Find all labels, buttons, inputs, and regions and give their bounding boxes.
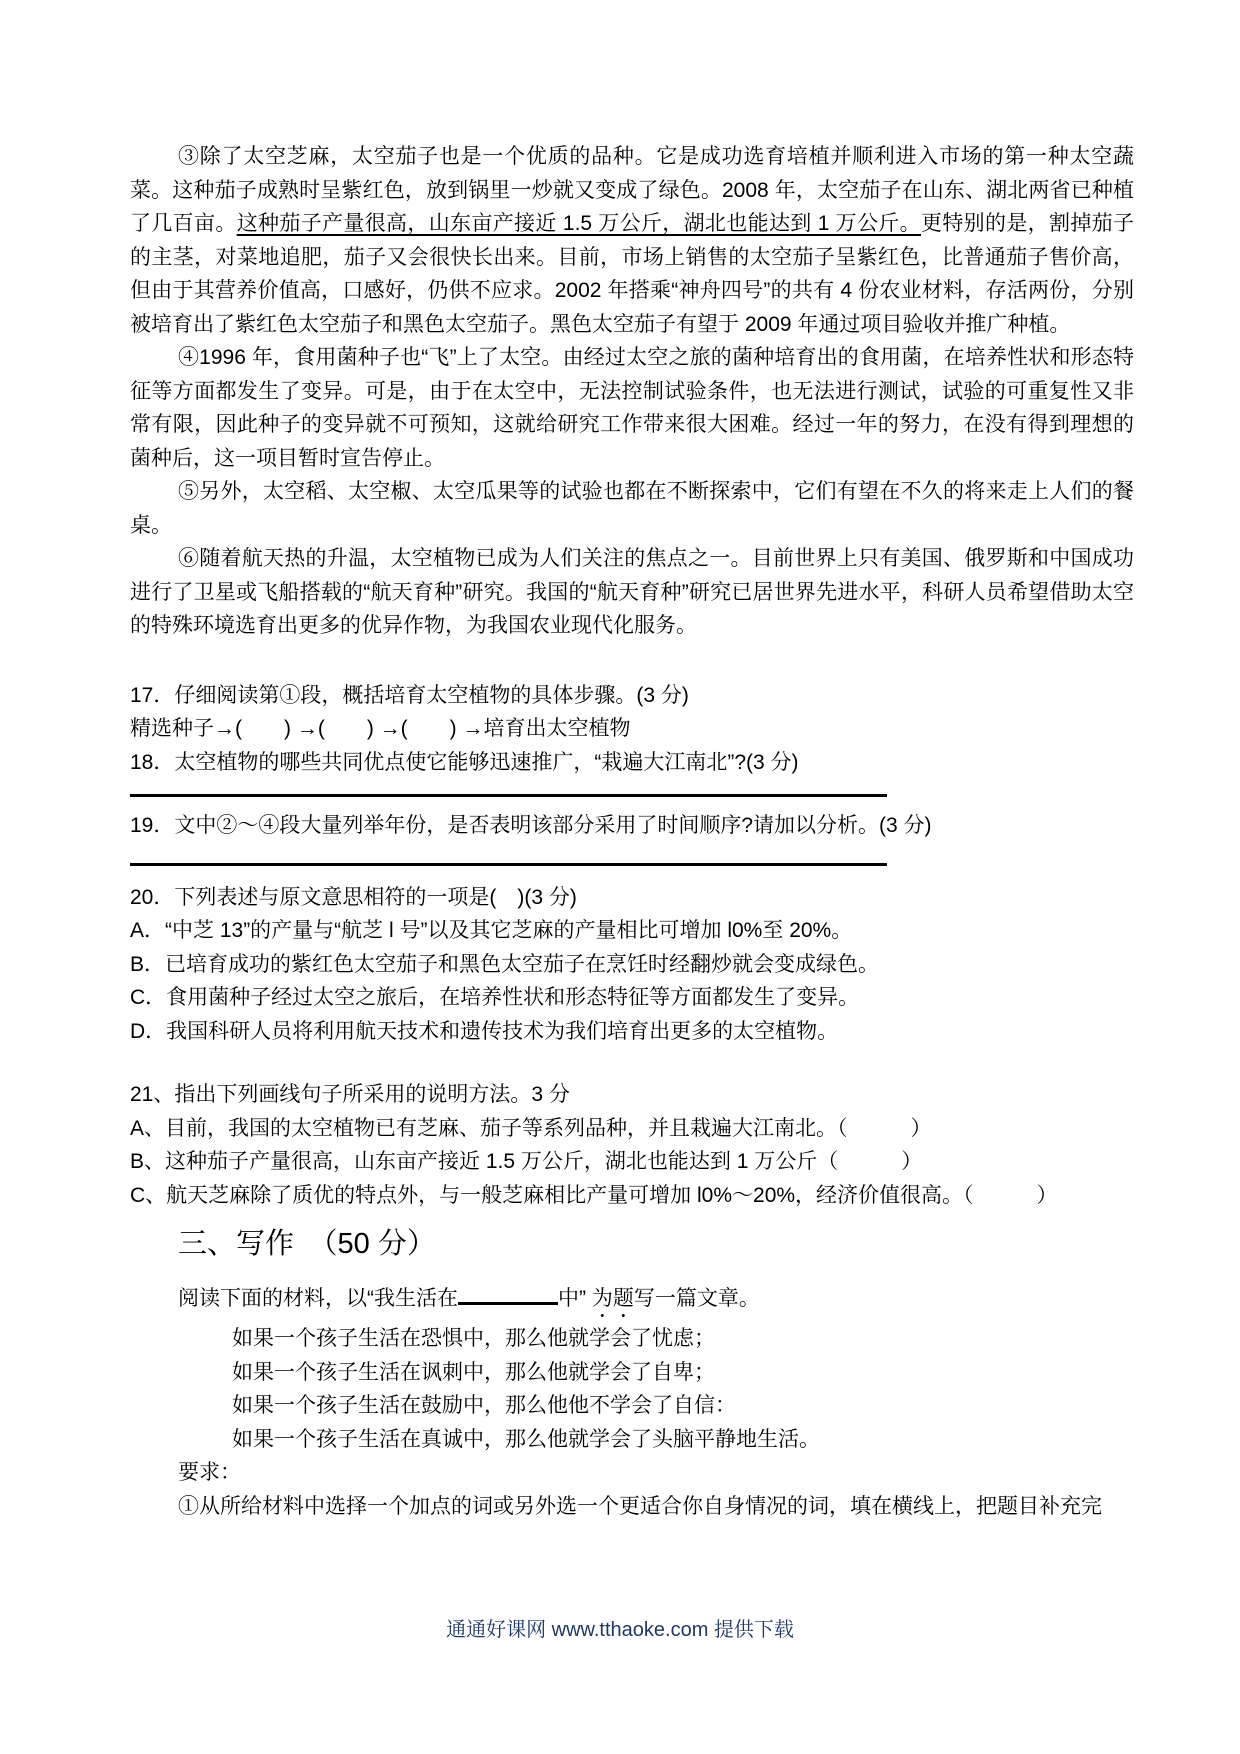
question-17: 17．仔细阅读第①段，概括培育太空植物的具体步骤。(3 分) — [130, 679, 1134, 713]
material-line-1: 如果一个孩子生活在恐惧中，那么他就学会了忧虑； — [232, 1322, 1134, 1356]
question-21: 21、指出下列画线句子所采用的说明方法。3 分 — [130, 1078, 1134, 1112]
passage-paragraph-6: ⑥随着航天热的升温，太空植物已成为人们关注的焦点之一。目前世界上只有美国、俄罗斯… — [130, 542, 1134, 643]
requirement-1: ①从所给材料中选择一个加点的词或另外选一个更适合你自身情况的词，填在横线上，把题… — [178, 1490, 1134, 1524]
question-20-option-a: A．“中芝 13”的产量与“航芝 l 号”以及其它芝麻的产量相比可增加 l0%至… — [130, 914, 1134, 948]
requirements-label: 要求： — [178, 1456, 1134, 1490]
material-line-4: 如果一个孩子生活在真诚中，那么他就学会了头脑平静地生活。 — [232, 1423, 1134, 1457]
writing-prompt: 阅读下面的材料，以“我生活在中” 为题写一篇文章。 — [178, 1280, 1134, 1322]
question-17-steps-flow: 精选种子→( ) →( ) →( ) →培育出太空植物 — [130, 712, 1134, 746]
writing-section-heading: 三、写作 （50 分） — [178, 1222, 1134, 1266]
reading-passage: ③除了太空芝麻，太空茄子也是一个优质的品种。它是成功选育培植并顺利进入市场的第一… — [130, 140, 1134, 643]
question-18: 18．太空植物的哪些共同优点使它能够迅速推广，“栽遍大江南北”?(3 分) — [130, 746, 1134, 780]
question-21-option-c: C、航天芝麻除了质优的特点外，与一般芝麻相比产量可增加 l0%～20%，经济价值… — [130, 1179, 1134, 1213]
question-20-option-b: B．已培育成功的紫红色太空茄子和黑色太空茄子在烹饪时经翻炒就会变成绿色。 — [130, 948, 1134, 982]
writing-prompt-part2: 中” — [558, 1287, 592, 1310]
exam-page: ③除了太空芝麻，太空茄子也是一个优质的品种。它是成功选育培植并顺利进入市场的第一… — [0, 0, 1240, 1523]
passage-paragraph-5: ⑤另外，太空稻、太空椒、太空瓜果等的试验也都在不断探索中，它们有望在不久的将来走… — [130, 475, 1134, 542]
underlined-sentence: 这种茄子产量很高，山东亩产接近 1.5 万公斤，湖北也能达到 1 万公斤。 — [237, 212, 921, 235]
writing-prompt-part1: 阅读下面的材料，以“我生活在 — [178, 1287, 458, 1310]
question-21-option-b: B、这种茄子产量很高，山东亩产接近 1.5 万公斤，湖北也能达到 1 万公斤（ … — [130, 1145, 1134, 1179]
answer-line — [130, 794, 887, 797]
question-21-option-a: A、目前，我国的太空植物已有芝麻、茄子等系列品种，并且栽遍大江南北。（ ） — [130, 1112, 1134, 1146]
title-blank-line — [458, 1280, 558, 1305]
footer-text: 通通好课网 www.tthaoke.com 提供下载 — [0, 1616, 1240, 1644]
writing-section: 三、写作 （50 分） 阅读下面的材料，以“我生活在中” 为题写一篇文章。 如果… — [130, 1222, 1134, 1523]
question-21-block: 21、指出下列画线句子所采用的说明方法。3 分 A、目前，我国的太空植物已有芝麻… — [130, 1078, 1134, 1212]
questions-section: 17．仔细阅读第①段，概括培育太空植物的具体步骤。(3 分) 精选种子→( ) … — [130, 679, 1134, 1213]
question-20-option-d: D．我国科研人员将利用航天技术和遗传技术为我们培育出更多的太空植物。 — [130, 1015, 1134, 1049]
material-line-2: 如果一个孩子生活在讽刺中，那么他就学会了自卑； — [232, 1356, 1134, 1390]
emphasized-word: 为题 — [592, 1287, 634, 1310]
writing-section-body: 阅读下面的材料，以“我生活在中” 为题写一篇文章。 如果一个孩子生活在恐惧中，那… — [178, 1280, 1134, 1523]
question-19: 19．文中②～④段大量列举年份，是否表明该部分采用了时间顺序?请加以分析。(3 … — [130, 809, 1134, 843]
answer-line — [130, 863, 887, 866]
writing-prompt-part3: 写一篇文章。 — [634, 1287, 760, 1310]
question-20-option-c: C．食用菌种子经过太空之旅后，在培养性状和形态特征等方面都发生了变异。 — [130, 981, 1134, 1015]
passage-paragraph-3: ③除了太空芝麻，太空茄子也是一个优质的品种。它是成功选育培植并顺利进入市场的第一… — [130, 140, 1134, 341]
material-line-3: 如果一个孩子生活在鼓励中，那么他他不学会了自信： — [232, 1389, 1134, 1423]
passage-paragraph-4: ④1996 年，食用菌种子也“飞”上了太空。由经过太空之旅的菌种培育出的食用菌，… — [130, 341, 1134, 475]
question-20: 20．下列表述与原文意思相符的一项是( )(3 分) — [130, 881, 1134, 915]
